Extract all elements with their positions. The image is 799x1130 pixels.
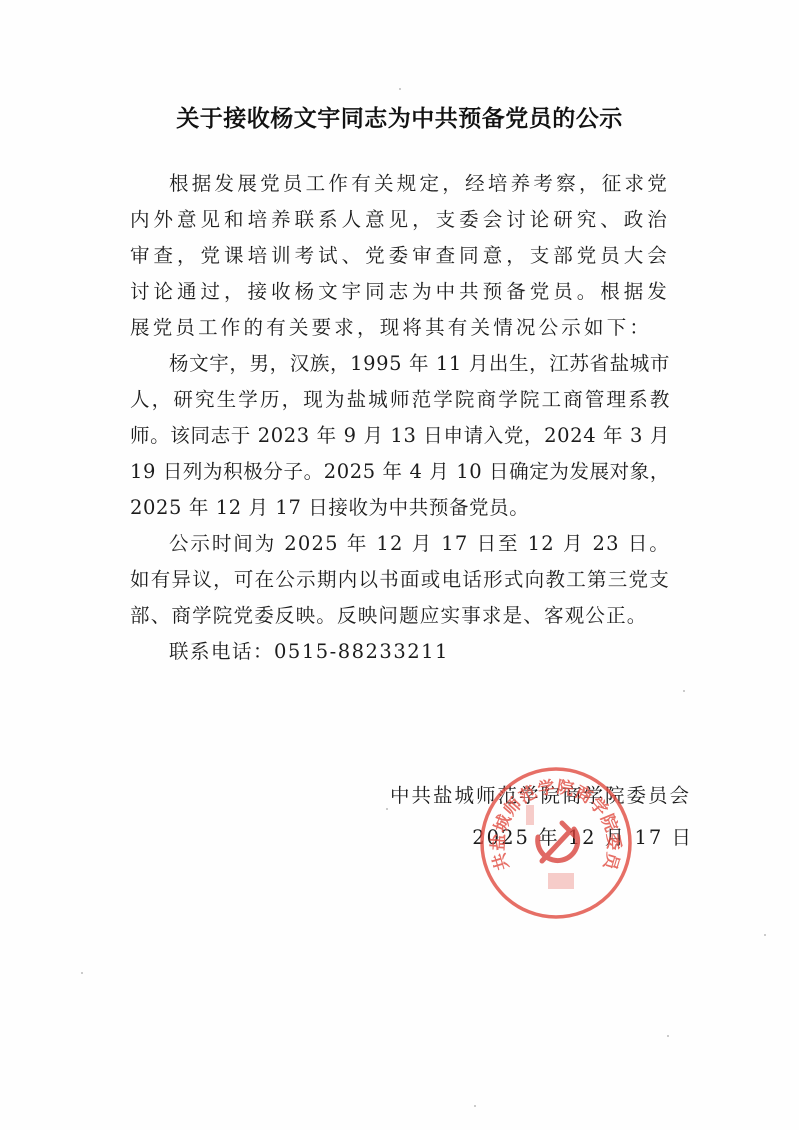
- paragraph-contact-phone: 联系电话：0515-88233211: [130, 634, 670, 670]
- paragraph-candidate-info: 杨文宇，男，汉族，1995 年 11 月出生，江苏省盐城市人，研究生学历，现为盐…: [130, 346, 670, 526]
- signature-block: 中共盐城师范学院商学院委员会 2025 年 12 月 17 日: [390, 778, 691, 856]
- signature-organization: 中共盐城师范学院商学院委员会: [390, 778, 691, 814]
- scan-speck: [399, 88, 401, 90]
- document-body: 根据发展党员工作有关规定，经培养考察，征求党内外意见和培养联系人意见，支委会讨论…: [130, 166, 670, 670]
- scan-speck: [81, 972, 83, 974]
- signature-date: 2025 年 12 月 17 日: [390, 820, 693, 856]
- document-title: 关于接收杨文宇同志为中共预备党员的公示: [0, 100, 799, 133]
- document-page: 关于接收杨文宇同志为中共预备党员的公示 根据发展党员工作有关规定，经培养考察，征…: [0, 0, 799, 1130]
- scan-speck: [386, 808, 388, 810]
- scan-speck: [667, 1035, 669, 1037]
- paragraph-publicity-period: 公示时间为 2025 年 12 月 17 日至 12 月 23 日。如有异议，可…: [130, 526, 670, 634]
- paragraph-intro: 根据发展党员工作有关规定，经培养考察，征求党内外意见和培养联系人意见，支委会讨论…: [130, 166, 670, 346]
- scan-speck: [683, 690, 685, 692]
- scan-speck: [474, 1105, 476, 1107]
- scan-speck: [764, 934, 766, 936]
